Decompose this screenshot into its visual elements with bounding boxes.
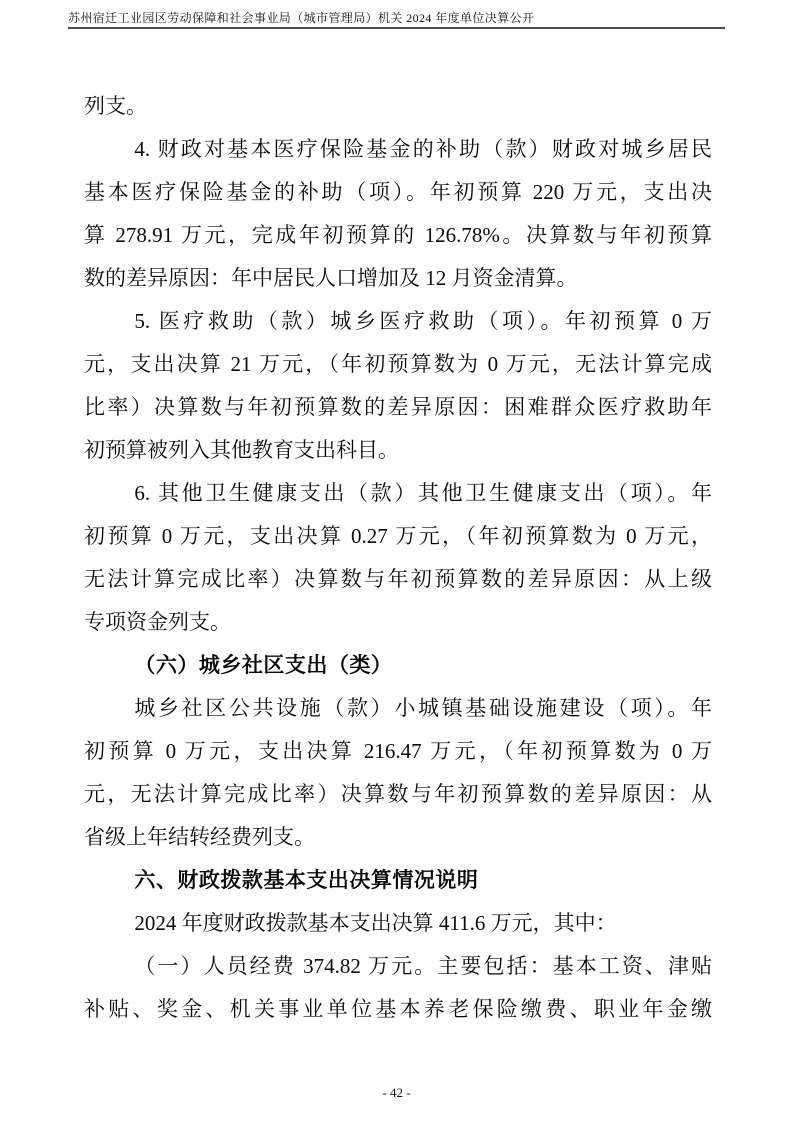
section-heading: （六）城乡社区支出（类） [84, 644, 712, 687]
text-line: （一）人员经费 374.82 万元。主要包括：基本工资、津贴 [84, 945, 712, 988]
text-line: 元，支出决算 21 万元，（年初预算数为 0 万元，无法计算完成 [84, 343, 712, 386]
text-line: 初预算 0 万元，支出决算 216.47 万元，（年初预算数为 0 万 [84, 730, 712, 773]
text-line: 补贴、奖金、机关事业单位基本养老保险缴费、职业年金缴 [84, 988, 712, 1031]
text-line: 4. 财政对基本医疗保险基金的补助（款）财政对城乡居民 [84, 128, 712, 171]
text-line: 5. 医疗救助（款）城乡医疗救助（项）。年初预算 0 万 [84, 300, 712, 343]
text-line: 初预算 0 万元，支出决算 0.27 万元，（年初预算数为 0 万元， [84, 515, 712, 558]
text-line: 6. 其他卫生健康支出（款）其他卫生健康支出（项）。年 [84, 472, 712, 515]
text-line: 城乡社区公共设施（款）小城镇基础设施建设（项）。年 [84, 687, 712, 730]
text-line: 2024 年度财政拨款基本支出决算 411.6 万元，其中： [84, 902, 712, 945]
page-header-title: 苏州宿迁工业园区劳动保障和社会事业局（城市管理局）机关 2024 年度单位决算公… [68, 9, 534, 26]
document-page: 苏州宿迁工业园区劳动保障和社会事业局（城市管理局）机关 2024 年度单位决算公… [0, 0, 793, 1122]
header-rule-divider [68, 27, 725, 29]
text-line: 元，无法计算完成比率）决算数与年初预算数的差异原因：从 [84, 773, 712, 816]
text-line: 基本医疗保险基金的补助（项）。年初预算 220 万元，支出决 [84, 171, 712, 214]
text-line: 算 278.91 万元，完成年初预算的 126.78%。决算数与年初预算 [84, 214, 712, 257]
text-line: 列支。 [84, 85, 712, 128]
text-line: 专项资金列支。 [84, 601, 712, 644]
document-body: 列支。 4. 财政对基本医疗保险基金的补助（款）财政对城乡居民 基本医疗保险基金… [84, 85, 712, 1031]
text-line: 数的差异原因：年中居民人口增加及 12 月资金清算。 [84, 257, 712, 300]
text-line: 省级上年结转经费列支。 [84, 816, 712, 859]
text-line: 初预算被列入其他教育支出科目。 [84, 429, 712, 472]
text-line: 无法计算完成比率）决算数与年初预算数的差异原因：从上级 [84, 558, 712, 601]
section-heading: 六、财政拨款基本支出决算情况说明 [84, 859, 712, 902]
page-number: - 42 - [382, 1085, 410, 1100]
page-footer: - 42 - [0, 1085, 793, 1101]
text-line: 比率）决算数与年初预算数的差异原因：困难群众医疗救助年 [84, 386, 712, 429]
